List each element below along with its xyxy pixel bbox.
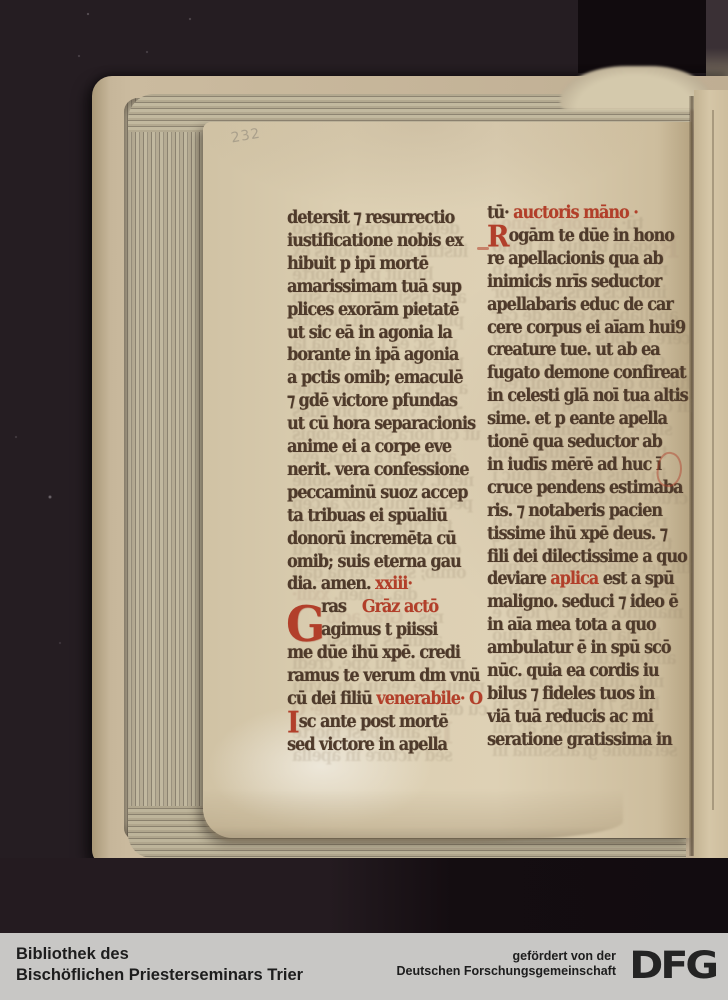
ink-text: seratione gratissima in [487, 728, 672, 749]
manuscript-line: amarissimam tuā sup [287, 275, 461, 296]
manuscript-line: cruce pendens estimaba [487, 476, 682, 497]
manuscript-line: ris. ⁊ notaberis pacien [487, 499, 662, 520]
manuscript-line: peccaminū suoz accep [287, 481, 467, 502]
manuscript-line: tissime ihū xpē deus. ⁊ [487, 522, 667, 543]
manuscript-line: tionē qua seductor ab [487, 430, 662, 451]
ink-text: peccaminū suoz accep [287, 481, 467, 502]
book-cradle-shadow [578, 0, 706, 73]
ink-text: cruce pendens estimaba [487, 476, 682, 497]
manuscript-line: detersit ⁊ resurrectio [287, 206, 454, 227]
manuscript-line: rasGrāz actō [321, 595, 438, 616]
ink-text: iustificatione nobis ex [287, 229, 463, 250]
ink-text: ta tribuas ei spūaliū [287, 504, 447, 525]
library-name: Bibliothek des Bischöflichen Priestersem… [16, 944, 303, 986]
ink-text: re apellacionis qua ab [487, 247, 663, 268]
ink-text: borante in ipā agonia [287, 343, 458, 364]
ink-text: ramus te verum dm vnū [287, 664, 479, 685]
manuscript-line: in aīa mea tota a quo [487, 613, 656, 634]
manuscript-line: Rogām te dūe in hono [487, 224, 674, 245]
funding-credit-line2: Deutschen Forschungsgemeinschaft [397, 964, 617, 979]
ink-text: anime ei a corpe eve [287, 435, 451, 456]
manuscript-line: ramus te verum dm vnū [287, 664, 479, 685]
library-name-line1: Bibliothek des [16, 944, 303, 965]
ink-text: inimicis nrīs seductor [487, 270, 661, 291]
ink-text: sed victore in apella [287, 733, 447, 754]
ink-text: amarissimam tuā sup [287, 275, 461, 296]
manuscript-line: nerit. vera confessione [287, 458, 468, 479]
manuscript-line: tū· auctoris māno · [487, 201, 638, 222]
page-stack-left-edges [124, 98, 208, 840]
ink-text: ut sic eā in agonia la [287, 321, 452, 342]
manuscript-line: bilus ⁊ fideles tuos in [487, 682, 654, 703]
funding-credit: gefördert von der Deutschen Forschungsge… [397, 949, 617, 979]
ink-text: bilus ⁊ fideles tuos in [487, 682, 654, 703]
manuscript-line: inimicis nrīs seductor [487, 270, 661, 291]
manuscript-line: ta tribuas ei spūaliū [287, 504, 447, 525]
manuscript-line: creature tue. ut ab ea [487, 338, 660, 359]
manuscript-line: in celesti glā noī tua altis [487, 384, 688, 405]
manuscript-line: in iudīs mērē ad huc ī [487, 453, 661, 474]
manuscript-line: re apellacionis qua ab [487, 247, 663, 268]
manuscript-line: viā tuā reducis ac mi [487, 705, 653, 726]
manuscript-line: sed victore in apella [287, 733, 447, 754]
ink-text: plices exorām pietatē [287, 298, 458, 319]
manuscript-line: apellabaris educ de car [487, 293, 673, 314]
ink-text: agimus t piissi [321, 618, 437, 639]
bottom-shadow-band [0, 858, 728, 934]
manuscript-line: cere corpus ei aīam hui9 [487, 316, 685, 337]
ink-text: tissime ihū xpē deus. ⁊ [487, 522, 667, 543]
red-initial-flourish [477, 247, 489, 250]
manuscript-line: agimus t piissi [321, 618, 437, 639]
ink-text: sc ante post mortē [299, 710, 448, 731]
manuscript-line: iustificatione nobis ex [287, 229, 463, 250]
manuscript-line: anime ei a corpe eve [287, 435, 451, 456]
rubric-text: xxiii· [375, 572, 412, 593]
funding-credit-line1: gefördert von der [397, 949, 617, 964]
ink-text: omib; suis eterna gau [287, 550, 461, 571]
ink-text: ambulatur ē in spū scō [487, 636, 670, 657]
rubric-text: Grāz actō [362, 595, 438, 616]
rubricated-initial-g: G [286, 596, 325, 653]
rubric-text: aplica [550, 567, 602, 588]
ink-text: maligno. seduci ⁊ ideo ē [487, 590, 678, 611]
ink-text: detersit ⁊ resurrectio [287, 206, 454, 227]
ink-text: viā tuā reducis ac mi [487, 705, 653, 726]
ink-text: apellabaris educ de car [487, 293, 673, 314]
ink-text: donorū incremēta cū [287, 527, 456, 548]
ink-text: cere corpus ei aīam hui9 [487, 316, 685, 337]
facing-page-sliver [694, 90, 728, 858]
ink-text: ris. ⁊ notaberis pacien [487, 499, 662, 520]
manuscript-line: ut sic eā in agonia la [287, 321, 452, 342]
facing-page-crease [712, 110, 714, 810]
manuscript-line: hibuit p ipī mortē [287, 252, 428, 273]
ink-text: nerit. vera confessione [287, 458, 468, 479]
ink-text: deviare [487, 567, 550, 588]
ink-text: in celesti glā noī tua altis [487, 384, 688, 405]
manuscript-line: maligno. seduci ⁊ ideo ē [487, 590, 678, 611]
manuscript-line: plices exorām pietatē [287, 298, 458, 319]
manuscript-line: ambulatur ē in spū scō [487, 636, 670, 657]
ink-text: cū dei filiū [287, 687, 376, 708]
manuscript-line: Isc ante post mortē [287, 710, 448, 731]
ink-text: est a spū [603, 567, 674, 588]
page-bottom-curl-shadow [203, 790, 623, 842]
rubric-text: auctoris māno · [513, 201, 638, 222]
ink-text: in iudīs mērē ad huc ī [487, 453, 661, 474]
digitization-banner: Bibliothek des Bischöflichen Priestersem… [0, 933, 728, 1000]
ink-text: in aīa mea tota a quo [487, 613, 656, 634]
ink-text: ogām te dūe in hono [508, 224, 673, 245]
manuscript-line: ut cū hora separacionis [287, 412, 475, 433]
ink-text: fili dei dilectissime a quo [487, 545, 687, 566]
manuscript-line: a pctis omib; emaculē [287, 366, 462, 387]
ink-text: nūc. quia ea cordis iu [487, 659, 659, 680]
ink-text: tionē qua seductor ab [487, 430, 662, 451]
ink-text: sime. et p eante apella [487, 407, 667, 428]
ink-text: hibuit p ipī mortē [287, 252, 428, 273]
ink-text: a pctis omib; emaculē [287, 366, 462, 387]
manuscript-line: dia. amen. xxiii· [287, 572, 412, 593]
ink-text: creature tue. ut ab ea [487, 338, 660, 359]
manuscript-line: deviare aplica est a spū [487, 567, 674, 588]
dfg-logo: DFG [629, 943, 716, 987]
manuscript-line: fugato demone confireat [487, 361, 685, 382]
ink-text: fugato demone confireat [487, 361, 685, 382]
manuscript-line: nūc. quia ea cordis iu [487, 659, 659, 680]
ink-text: dia. amen. [287, 572, 375, 593]
ink-text: ut cū hora separacionis [287, 412, 475, 433]
manuscript-line: omib; suis eterna gau [287, 550, 461, 571]
manuscript-line: sime. et p eante apella [487, 407, 667, 428]
manuscript-line: seratione gratissima in [487, 728, 672, 749]
manuscript-line: donorū incremēta cū [287, 527, 456, 548]
ink-text: ⁊ gdē victore pfundas [287, 389, 457, 410]
manuscript-line: borante in ipā agonia [287, 343, 458, 364]
rubric-text: venerabile· O [376, 687, 482, 708]
library-name-line2: Bischöflichen Priesterseminars Trier [16, 965, 303, 986]
manuscript-line: fili dei dilectissime a quo [487, 545, 687, 566]
manuscript-line: cū dei filiū venerabile· O [287, 687, 482, 708]
manuscript-scan-page: 232 detersit ⁊ resurrectioiustificatione… [0, 0, 728, 1000]
manuscript-line: ⁊ gdē victore pfundas [287, 389, 457, 410]
